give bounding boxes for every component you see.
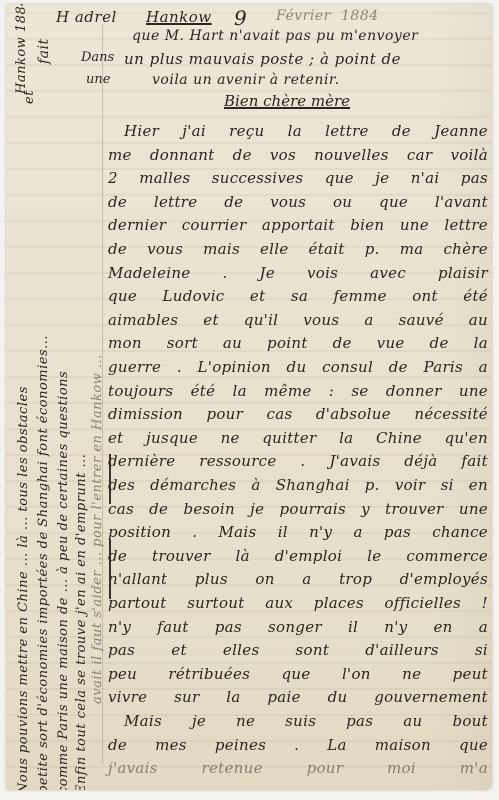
word: était: [309, 240, 345, 258]
word: avec: [370, 264, 406, 282]
word: elle: [260, 240, 289, 258]
word: ou: [333, 193, 352, 211]
body-line: pasetellessontd'ailleurssi: [108, 641, 488, 659]
word: n'allant: [108, 570, 167, 588]
body-line: guerre.L'opinionduconsuldeParisa: [108, 358, 488, 376]
body-line: Hierj'aireçulalettredeJeanne: [124, 122, 488, 140]
body-line: desdémarchesàShanghaip.voirsien: [108, 476, 488, 494]
word: car: [407, 146, 432, 164]
word: la: [233, 382, 247, 400]
word: toujours: [108, 382, 173, 400]
word: Madeleine: [108, 264, 191, 282]
word: p.: [365, 240, 380, 258]
word: sur: [174, 688, 199, 706]
word: trouver: [385, 500, 444, 518]
word: faut: [157, 618, 188, 636]
word: en: [469, 476, 488, 494]
word: pas: [108, 641, 135, 659]
word: Shanghai: [276, 476, 350, 494]
word: n'y: [108, 618, 131, 636]
crosswritten-column-1: Nous pouvions mettre en Chine ... là ...…: [16, 386, 31, 790]
word: Mais: [124, 712, 162, 730]
word: été: [191, 382, 216, 400]
word: .: [192, 523, 197, 541]
word: a: [479, 618, 488, 636]
word: de: [108, 736, 127, 754]
word: vous: [303, 311, 339, 329]
word: de: [108, 240, 127, 258]
word: gouvernement: [374, 688, 488, 706]
word: Mais: [219, 523, 257, 541]
word: trop: [339, 570, 372, 588]
word: la: [339, 429, 353, 447]
word: guerre: [108, 358, 161, 376]
word: besoin: [183, 500, 234, 518]
word: de: [108, 193, 127, 211]
word: ressource: [199, 452, 276, 470]
word: de: [224, 193, 243, 211]
word: que: [379, 193, 408, 211]
word: vue: [377, 334, 405, 352]
word: femme: [334, 287, 387, 305]
word: moi: [387, 759, 416, 777]
letter-page: H adrel Hankow 9 Février 1884 que M. Har…: [6, 4, 492, 790]
body-line: peurétribuéesquel'onnepeut: [108, 665, 488, 683]
word: vos: [270, 146, 296, 164]
body-line: devousmaiselleétaitp.machère: [108, 240, 488, 258]
word: ne: [236, 712, 255, 730]
word: donnant: [150, 146, 215, 164]
word: me: [108, 146, 132, 164]
word: des: [108, 476, 135, 494]
word: malles: [139, 169, 190, 187]
word: qu'il: [244, 311, 278, 329]
word: cas: [108, 500, 134, 518]
word: a: [479, 358, 488, 376]
word: si: [475, 641, 488, 659]
word: même: [264, 382, 311, 400]
word: sont: [296, 641, 330, 659]
letter-year: 1884: [341, 8, 379, 24]
word: peu: [108, 665, 137, 683]
word: commerce: [406, 547, 488, 565]
body-line: casdebesoinjepourraisytrouverune: [108, 500, 488, 518]
word: Je: [260, 264, 276, 282]
body-line: medonnantdevosnouvellescarvoilà: [108, 146, 488, 164]
word: aimables: [108, 311, 178, 329]
crosswritten-column-5: avait il faut s'aider ... pour l'entrer …: [90, 354, 105, 704]
word: aux: [265, 594, 293, 612]
word: nouvelles: [314, 146, 389, 164]
body-line: vivresurlapaiedugouvernement: [108, 688, 488, 706]
body-line: 2mallessuccessivesquejen'aipas: [108, 169, 488, 187]
header-continuation-line-3: voila un avenir à retenir.: [152, 72, 340, 88]
word: .: [177, 358, 182, 376]
body-line: position.Maisiln'yapaschance: [108, 523, 488, 541]
word: suis: [285, 712, 316, 730]
word: au: [403, 712, 422, 730]
body-line: n'allantplusonatropd'employés: [108, 570, 488, 588]
word: L'opinion: [198, 358, 271, 376]
word: d'ailleurs: [365, 641, 438, 659]
word: de: [108, 547, 127, 565]
word: vous: [147, 240, 183, 258]
word: d'emploi: [275, 547, 342, 565]
word: Paris: [424, 358, 464, 376]
word: a: [353, 523, 362, 541]
word: Jeanne: [434, 122, 488, 140]
word: La: [327, 736, 347, 754]
crosswritten-column-3: comme Paris une maison de ... à peu de c…: [56, 371, 71, 790]
letter-day: 9: [234, 6, 247, 30]
word: elles: [223, 641, 260, 659]
word: songer: [268, 618, 322, 636]
crosswritten-column-4: Enfin tout cela se trouve j'en ai en d'e…: [74, 454, 89, 790]
word: mon: [108, 334, 142, 352]
margin-top-fragment-1: Hankow 1884: [14, 4, 29, 94]
word: donner: [386, 382, 442, 400]
word: pas: [215, 618, 242, 636]
word: paie: [267, 688, 300, 706]
word: ne: [221, 429, 240, 447]
body-line: Madeleine.Jevoisavecplaisir: [108, 264, 488, 282]
body-line: demespeines.Lamaisonque: [108, 736, 488, 754]
side-note-line-2: une: [86, 72, 110, 87]
word: et: [203, 311, 219, 329]
word: du: [328, 688, 348, 706]
word: chance: [432, 523, 488, 541]
word: rétribuées: [168, 665, 250, 683]
body-line: aimablesetqu'ilvousasauvéau: [108, 311, 488, 329]
word: .: [300, 452, 305, 470]
word: j'avais: [108, 759, 158, 777]
header-continuation-line-1: que M. Hart n'avait pas pu m'envoyer: [132, 28, 418, 44]
word: de: [149, 500, 168, 518]
word: nécessité: [414, 405, 488, 423]
body-line: queLudovicetsafemmeontété: [108, 287, 488, 305]
word: pourrais: [279, 500, 345, 518]
word: lettre: [154, 193, 198, 211]
salutation: Bien chère mère: [224, 92, 350, 110]
word: au: [469, 311, 488, 329]
word: de: [233, 146, 252, 164]
word: d'absolue: [316, 405, 391, 423]
word: en: [434, 618, 453, 636]
word: l'avant: [435, 193, 488, 211]
word: une: [459, 500, 488, 518]
word: quitter: [262, 429, 316, 447]
word: que: [282, 665, 311, 683]
word: p.: [365, 476, 380, 494]
word: bien: [350, 216, 384, 234]
body-line: dimissionpourcasd'absoluenécessité: [108, 405, 488, 423]
word: vois: [307, 264, 338, 282]
word: dernier: [108, 216, 166, 234]
body-line: dernièreressource.J'avaisdéjàfait: [108, 452, 488, 470]
word: l'on: [342, 665, 371, 683]
crosswritten-column-2: petite sort d'économies importées de Sha…: [36, 335, 51, 790]
word: point: [267, 334, 308, 352]
word: sa: [291, 287, 308, 305]
body-line: detrouverlàd'emploilecommerce: [108, 547, 488, 565]
word: là: [235, 547, 249, 565]
word: plaisir: [438, 264, 488, 282]
word: m'a: [460, 759, 488, 777]
word: partout: [108, 594, 167, 612]
word: on: [255, 570, 274, 588]
word: je: [250, 500, 264, 518]
word: et: [250, 287, 266, 305]
word: consul: [322, 358, 373, 376]
word: mais: [203, 240, 240, 258]
word: successives: [212, 169, 304, 187]
word: pas: [461, 169, 488, 187]
word: j'ai: [182, 122, 206, 140]
word: n'y: [309, 523, 332, 541]
word: je: [375, 169, 389, 187]
word: sort: [167, 334, 198, 352]
word: !: [482, 594, 488, 612]
word: officielles: [385, 594, 461, 612]
word: 2: [108, 169, 118, 187]
word: et: [108, 429, 124, 447]
word: courrier: [182, 216, 247, 234]
word: de: [333, 334, 352, 352]
word: n'y: [384, 618, 407, 636]
word: apportait: [262, 216, 335, 234]
word: du: [287, 358, 307, 376]
word: peut: [453, 665, 488, 683]
margin-top-fragment-3: et: [22, 90, 37, 104]
word: a: [364, 311, 373, 329]
word: une: [400, 216, 429, 234]
word: la: [288, 122, 302, 140]
word: sauvé: [399, 311, 444, 329]
word: si: [441, 476, 454, 494]
word: .: [294, 736, 299, 754]
margin-bar: [109, 539, 111, 599]
word: bout: [452, 712, 488, 730]
word: pour: [307, 759, 344, 777]
word: places: [314, 594, 364, 612]
word: cas: [267, 405, 293, 423]
word: lettre: [325, 122, 369, 140]
word: trouver: [152, 547, 211, 565]
word: peines: [215, 736, 266, 754]
body-line: Maisjenesuispasaubout: [124, 712, 488, 730]
word: dernière: [108, 452, 175, 470]
word: au: [223, 334, 242, 352]
header-continuation-line-2: un plus mauvais poste ; à point de: [124, 50, 401, 68]
margin-bar: [109, 454, 111, 504]
word: et: [171, 641, 187, 659]
word: il: [278, 523, 288, 541]
word: démarches: [150, 476, 236, 494]
word: ont: [412, 287, 438, 305]
word: ne: [402, 665, 421, 683]
word: position: [108, 523, 171, 541]
word: Chine: [376, 429, 422, 447]
word: pour: [206, 405, 243, 423]
word: y: [361, 500, 370, 518]
body-line: derniercourrierapportaitbienunelettre: [108, 216, 488, 234]
word: qu'en: [444, 429, 487, 447]
word: que: [459, 736, 488, 754]
word: J'avais: [329, 452, 380, 470]
word: la: [226, 688, 240, 706]
word: voir: [395, 476, 426, 494]
body-line: delettredevousouquel'avant: [108, 193, 488, 211]
word: à: [251, 476, 260, 494]
word: mes: [155, 736, 187, 754]
body-line: n'yfautpassongeriln'yena: [108, 618, 488, 636]
body-line: j'avaisretenuepourmoim'a: [108, 759, 488, 777]
body-line: etjusquenequitterlaChinequ'en: [108, 429, 488, 447]
word: d'employés: [400, 570, 488, 588]
word: Hier: [124, 122, 159, 140]
word: :: [329, 382, 334, 400]
word: une: [459, 382, 488, 400]
letter-place: Hankow: [146, 8, 212, 26]
word: ma: [400, 240, 424, 258]
word: vivre: [108, 688, 147, 706]
word: a: [302, 570, 311, 588]
word: voilà: [450, 146, 488, 164]
word: vous: [270, 193, 306, 211]
word: dimission: [108, 405, 183, 423]
word: retenue: [202, 759, 263, 777]
word: de: [392, 122, 411, 140]
word: lettre: [444, 216, 488, 234]
letter-month: Février: [276, 8, 331, 24]
word: fait: [461, 452, 488, 470]
margin-top-fragment-2: fait: [36, 38, 52, 64]
side-note-line-1: Dans: [81, 50, 114, 65]
word: plus: [195, 570, 228, 588]
word: je: [192, 712, 206, 730]
word: le: [367, 547, 381, 565]
word: de: [430, 334, 449, 352]
margin-corner-note: H adrel: [56, 8, 117, 26]
word: Ludovic: [162, 287, 224, 305]
body-line: toujoursétélamême:sedonnerune: [108, 382, 488, 400]
word: maison: [375, 736, 431, 754]
word: que: [325, 169, 354, 187]
word: chère: [443, 240, 488, 258]
body-line: monsortaupointdevuedela: [108, 334, 488, 352]
word: déjà: [404, 452, 437, 470]
word: se: [351, 382, 368, 400]
word: la: [474, 334, 488, 352]
word: n'ai: [411, 169, 440, 187]
word: pas: [346, 712, 373, 730]
word: de: [389, 358, 408, 376]
word: .: [222, 264, 227, 282]
body-line: partoutsurtoutauxplacesofficielles!: [108, 594, 488, 612]
word: jusque: [146, 429, 198, 447]
word: été: [463, 287, 488, 305]
word: que: [108, 287, 137, 305]
word: il: [348, 618, 358, 636]
word: pas: [384, 523, 411, 541]
word: surtout: [187, 594, 244, 612]
word: reçu: [229, 122, 264, 140]
